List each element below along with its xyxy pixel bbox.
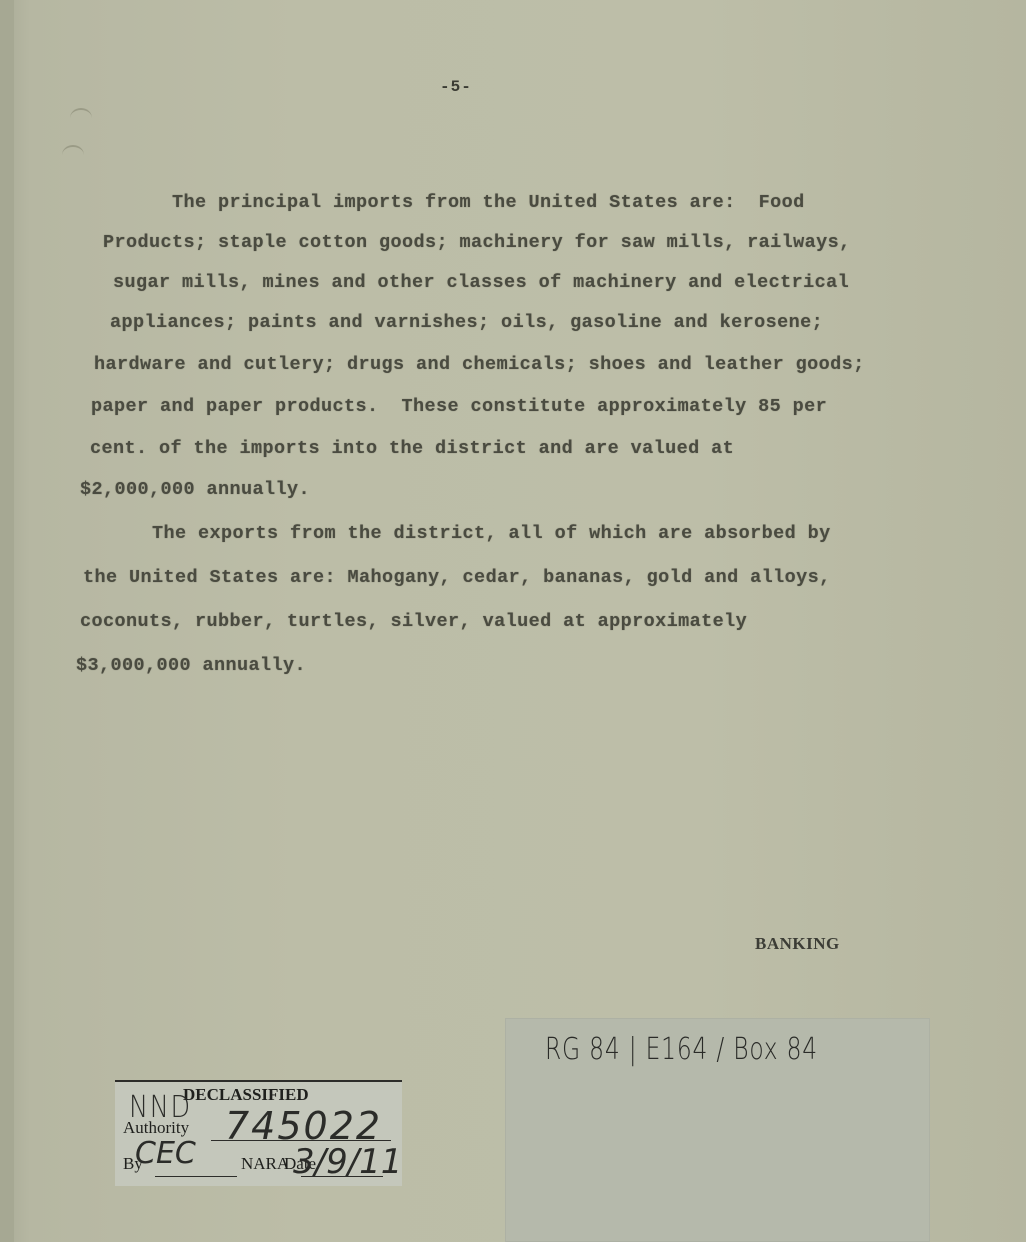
agency-label: NARA	[241, 1154, 289, 1174]
paragraph-2-line-1: The exports from the district, all of wh…	[152, 523, 831, 544]
paragraph-1-line-5: hardware and cutlery; drugs and chemical…	[94, 354, 865, 375]
paragraph-1-line-6: paper and paper products. These constitu…	[91, 396, 827, 417]
archive-box-label: RG 84 | E164 / Box 84	[545, 1032, 818, 1067]
paragraph-1-line-7: cent. of the imports into the district a…	[90, 438, 734, 459]
by-initials-handwritten: CEC	[135, 1136, 196, 1171]
document-page: -5- The principal imports from the Unite…	[0, 0, 1026, 1242]
page-edge	[0, 0, 14, 1242]
paragraph-1-line-1: The principal imports from the United St…	[172, 192, 805, 213]
paragraph-2-line-2: the United States are: Mahogany, cedar, …	[83, 567, 831, 588]
paragraph-1-line-4: appliances; paints and varnishes; oils, …	[110, 312, 823, 333]
punch-hole-mark	[70, 108, 92, 128]
next-section-heading: BANKING	[755, 934, 840, 954]
declassified-title: DECLASSIFIED	[183, 1085, 309, 1105]
declassified-stamp: DECLASSIFIED NND Authority 745022 By CEC…	[115, 1080, 402, 1186]
paragraph-1-line-8: $2,000,000 annually.	[80, 479, 310, 500]
archive-box-label-card: RG 84 | E164 / Box 84	[505, 1018, 930, 1242]
paragraph-2-line-3: coconuts, rubber, turtles, silver, value…	[80, 611, 747, 632]
paragraph-1-line-2: Products; staple cotton goods; machinery…	[103, 232, 851, 253]
date-handwritten: 3/9/11	[293, 1142, 402, 1182]
punch-hole-mark	[62, 145, 84, 165]
paragraph-1-line-3: sugar mills, mines and other classes of …	[113, 272, 849, 293]
paragraph-2-line-4: $3,000,000 annually.	[76, 655, 306, 676]
page-number: -5-	[440, 78, 472, 96]
authority-label: Authority	[123, 1118, 189, 1138]
by-underline	[155, 1176, 237, 1177]
